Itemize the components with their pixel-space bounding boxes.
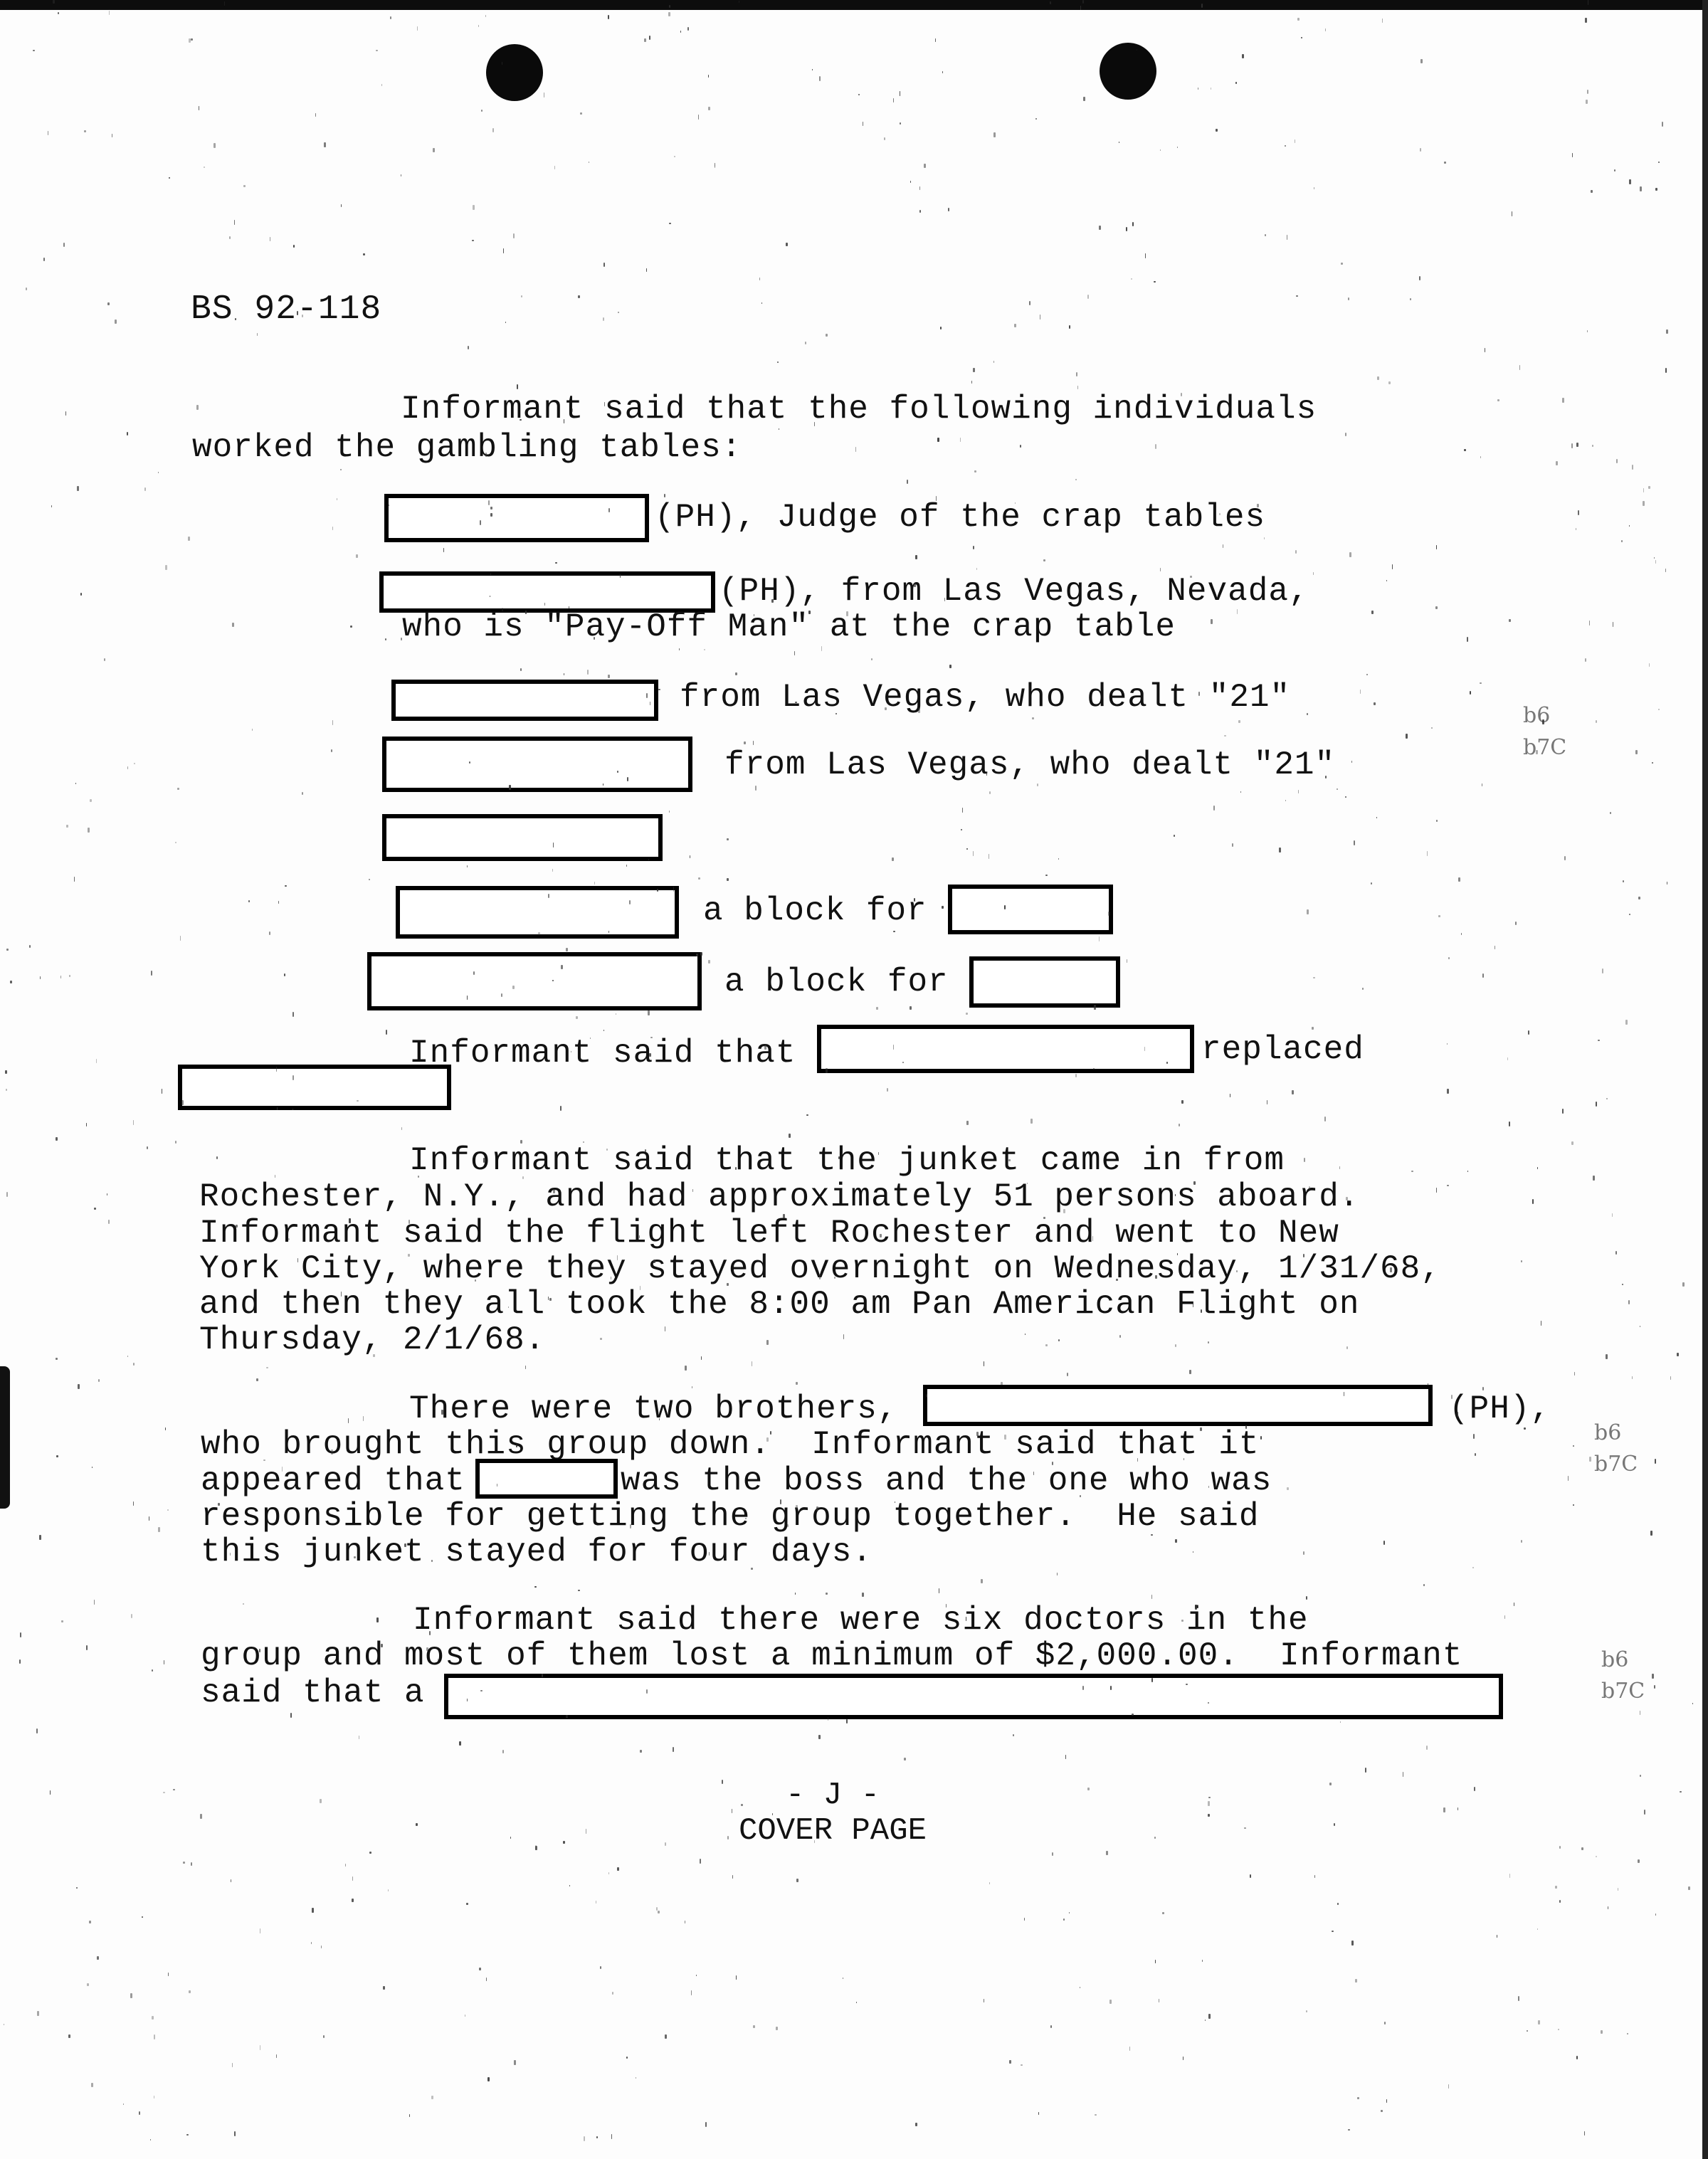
redaction-box (444, 1674, 1503, 1719)
junket-line-2: Rochester, N.Y., and had approximately 5… (199, 1179, 1359, 1215)
intro-line-2: worked the gambling tables: (192, 430, 742, 466)
doctors-line-1: Informant said there were six doctors in… (413, 1603, 1309, 1639)
cover-page-label: COVER PAGE (0, 1813, 1687, 1849)
individual-2-continuation: who is "Pay-Off Man" at the crap table (402, 609, 1176, 645)
junket-line-3: Informant said the flight left Rochester… (199, 1215, 1339, 1252)
redaction-box (379, 571, 715, 613)
exemption-code-b6: b6 (1523, 701, 1550, 731)
exemption-code-b6: b6 (1601, 1645, 1628, 1675)
redaction-box (382, 814, 663, 861)
scan-right-edge (1702, 0, 1708, 2159)
exemption-code-b6: b6 (1594, 1418, 1621, 1448)
redaction-box (391, 680, 658, 721)
junket-line-4: York City, where they stayed overnight o… (199, 1251, 1441, 1287)
junket-line-6: Thursday, 2/1/68. (199, 1322, 545, 1358)
replaced-suffix: replaced (1201, 1032, 1364, 1068)
junket-line-5: and then they all took the 8:00 am Pan A… (199, 1287, 1359, 1323)
individual-4-text: from Las Vegas, who dealt "21" (724, 747, 1335, 783)
brothers-line-1-prefix: There were two brothers, (409, 1391, 898, 1427)
page-marker: - J - (0, 1778, 1687, 1813)
doctors-line-2: group and most of them lost a minimum of… (201, 1638, 1462, 1674)
brothers-line-3-suffix: was the boss and the one who was (621, 1463, 1272, 1499)
redaction-box (396, 886, 679, 939)
junket-line-1: Informant said that the junket came in f… (409, 1143, 1285, 1179)
replaced-prefix: Informant said that (409, 1035, 796, 1072)
intro-line-1: Informant said that the following indivi… (401, 391, 1317, 428)
punch-hole-right (1100, 43, 1156, 100)
individual-1-text: (PH), Judge of the crap tables (655, 500, 1265, 536)
redaction-box (178, 1065, 451, 1110)
brothers-line-2: who brought this group down. Informant s… (201, 1427, 1259, 1463)
scan-top-edge (0, 0, 1708, 10)
redaction-box (382, 737, 692, 792)
redaction-box (475, 1459, 618, 1499)
redaction-box (969, 956, 1120, 1008)
individual-7-text: a block for (724, 964, 949, 1001)
brothers-line-4: responsible for getting the group togeth… (201, 1499, 1259, 1535)
scan-left-mark (0, 1366, 10, 1509)
file-number: BS 92-118 (191, 292, 381, 328)
redaction-box (384, 494, 649, 542)
document-page: BS 92-118 Informant said that the follow… (0, 0, 1708, 2159)
brothers-line-5: this junket stayed for four days. (201, 1534, 873, 1571)
redaction-box (367, 952, 702, 1010)
exemption-code-b7c: b7C (1523, 733, 1566, 763)
exemption-code-b7c: b7C (1594, 1450, 1638, 1479)
individual-6-text: a block for (703, 893, 927, 929)
individual-2-text: (PH), from Las Vegas, Nevada, (719, 574, 1309, 610)
redaction-box (817, 1025, 1194, 1073)
redaction-box (948, 885, 1113, 934)
redaction-box (923, 1385, 1433, 1426)
punch-hole-left (486, 44, 543, 101)
doctors-line-3-prefix: said that a (201, 1675, 425, 1711)
brothers-line-1-suffix: (PH), (1449, 1391, 1551, 1427)
brothers-line-3-prefix: appeared that (201, 1463, 465, 1499)
exemption-code-b7c: b7C (1601, 1677, 1645, 1706)
individual-3-text: from Las Vegas, who dealt "21" (680, 680, 1290, 716)
